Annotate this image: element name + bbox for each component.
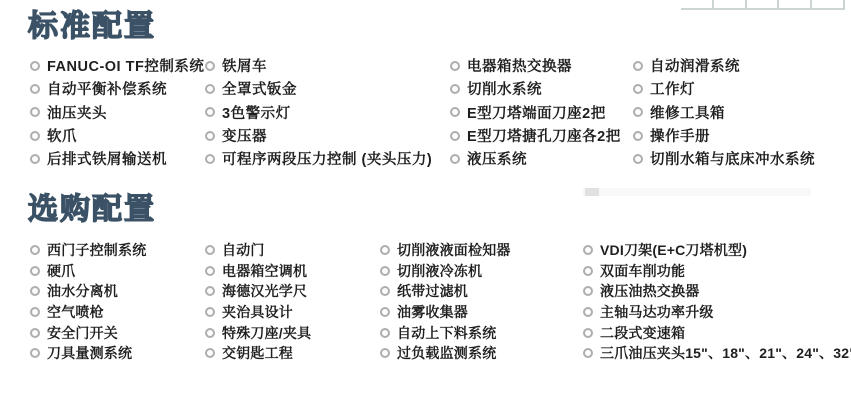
config-item-label: 电器箱空调机 <box>222 261 307 281</box>
table-cell-fragment <box>745 0 778 8</box>
ring-circle-bullet-icon <box>30 266 40 276</box>
config-item-label: FANUC-OI TF控制系统 <box>47 55 204 76</box>
config-item-label: 切削液液面检知器 <box>397 240 511 260</box>
ring-circle-bullet-icon <box>30 107 40 117</box>
config-item-label: 特殊刀座/夹具 <box>222 323 311 343</box>
config-item-label: 自动平衡补偿系统 <box>47 78 167 99</box>
config-item: 可程序两段压力控制 (夹头压力) <box>205 147 432 170</box>
optional-config-column-1: 西门子控制系统硬爪油水分离机空气喷枪安全门开关刀具量测系统 <box>30 240 146 364</box>
config-item-label: 全罩式钣金 <box>222 78 297 99</box>
table-cell-fragment <box>681 0 712 8</box>
config-item: 操作手册 <box>633 124 815 147</box>
config-item-label: 液压油热交换器 <box>600 281 699 301</box>
config-item: 后排式铁屑输送机 <box>30 147 204 170</box>
config-item: 3色警示灯 <box>205 101 432 124</box>
config-item-label: 油压夹头 <box>47 102 107 123</box>
standard-config-column-4: 自动润滑系统工作灯维修工具箱操作手册切削水箱与底床冲水系统 <box>633 54 815 170</box>
ring-circle-bullet-icon <box>205 131 215 141</box>
config-item: 自动上下料系统 <box>380 322 511 343</box>
ring-circle-bullet-icon <box>380 328 390 338</box>
config-item-label: 海德汉光学尺 <box>222 281 307 301</box>
ring-circle-bullet-icon <box>583 245 593 255</box>
config-item: 主轴马达功率升级 <box>583 302 851 323</box>
ring-circle-bullet-icon <box>583 286 593 296</box>
config-item: 过负载监测系统 <box>380 343 511 364</box>
optional-config-column-3: 切削液液面检知器切削液冷冻机纸带过滤机油雾收集器自动上下料系统过负载监测系统 <box>380 240 511 364</box>
config-item-label: 纸带过滤机 <box>397 281 468 301</box>
config-item: 海德汉光学尺 <box>205 281 311 302</box>
table-cell-fragment <box>777 0 810 8</box>
config-item-label: 双面车削功能 <box>600 261 685 281</box>
ring-circle-bullet-icon <box>30 245 40 255</box>
optional-config-column-4: VDI刀架(E+C刀塔机型)双面车削功能液压油热交换器主轴马达功率升级二段式变速… <box>583 240 851 364</box>
config-item-label: 西门子控制系统 <box>47 240 146 260</box>
config-item-label: 安全门开关 <box>47 323 118 343</box>
config-item: 安全门开关 <box>30 322 146 343</box>
config-item: 刀具量测系统 <box>30 343 146 364</box>
config-item: 二段式变速箱 <box>583 322 851 343</box>
config-item: 电器箱热交换器 <box>450 54 621 77</box>
config-item: 西门子控制系统 <box>30 240 146 261</box>
config-item: 特殊刀座/夹具 <box>205 322 311 343</box>
spec-sheet-page: 标准配置 FANUC-OI TF控制系统自动平衡补偿系统油压夹头软爪后排式铁屑输… <box>0 0 851 394</box>
faint-watermark-artifact <box>583 188 811 196</box>
config-item-label: 工作灯 <box>650 78 695 99</box>
table-cell-fragment <box>712 0 745 8</box>
config-item: E型刀塔搪孔刀座各2把 <box>450 124 621 147</box>
ring-circle-bullet-icon <box>30 286 40 296</box>
config-item: 油压夹头 <box>30 101 204 124</box>
table-cell-fragment <box>810 0 843 8</box>
ring-circle-bullet-icon <box>380 286 390 296</box>
ring-circle-bullet-icon <box>205 307 215 317</box>
config-item: 切削液液面检知器 <box>380 240 511 261</box>
config-item: 工作灯 <box>633 77 815 100</box>
config-item-label: 油水分离机 <box>47 281 118 301</box>
config-item: 油水分离机 <box>30 281 146 302</box>
ring-circle-bullet-icon <box>583 266 593 276</box>
config-item-label: 操作手册 <box>650 125 710 146</box>
ring-circle-bullet-icon <box>450 154 460 164</box>
ring-circle-bullet-icon <box>205 245 215 255</box>
config-item-label: 液压系统 <box>467 148 527 169</box>
ring-circle-bullet-icon <box>583 348 593 358</box>
config-item-label: 交钥匙工程 <box>222 343 293 363</box>
config-item-label: 油雾收集器 <box>397 302 468 322</box>
ring-circle-bullet-icon <box>205 266 215 276</box>
ring-circle-bullet-icon <box>30 84 40 94</box>
ring-circle-bullet-icon <box>380 307 390 317</box>
config-item: VDI刀架(E+C刀塔机型) <box>583 240 851 261</box>
config-item: 全罩式钣金 <box>205 77 432 100</box>
config-item-label: 维修工具箱 <box>650 102 725 123</box>
config-item-label: 切削液冷冻机 <box>397 261 482 281</box>
config-item: 交钥匙工程 <box>205 343 311 364</box>
ring-circle-bullet-icon <box>450 131 460 141</box>
config-item: 液压油热交换器 <box>583 281 851 302</box>
standard-config-title: 标准配置 <box>28 10 156 43</box>
ring-circle-bullet-icon <box>450 107 460 117</box>
ring-circle-bullet-icon <box>205 348 215 358</box>
config-item: 切削水系统 <box>450 77 621 100</box>
config-item-label: 可程序两段压力控制 (夹头压力) <box>222 148 432 169</box>
ring-circle-bullet-icon <box>633 61 643 71</box>
ring-circle-bullet-icon <box>450 84 460 94</box>
config-item-label: 夹治具设计 <box>222 302 293 322</box>
standard-config-column-3: 电器箱热交换器切削水系统E型刀塔端面刀座2把E型刀塔搪孔刀座各2把液压系统 <box>450 54 621 170</box>
config-item: 自动平衡补偿系统 <box>30 77 204 100</box>
config-item: 油雾收集器 <box>380 302 511 323</box>
config-item: 硬爪 <box>30 261 146 282</box>
optional-config-title: 选购配置 <box>28 193 156 226</box>
ring-circle-bullet-icon <box>30 61 40 71</box>
config-item: 维修工具箱 <box>633 101 815 124</box>
config-item-label: 软爪 <box>47 125 77 146</box>
config-item: 软爪 <box>30 124 204 147</box>
config-item-label: 铁屑车 <box>222 55 267 76</box>
ring-circle-bullet-icon <box>583 328 593 338</box>
config-item-label: 空气喷枪 <box>47 302 104 322</box>
config-item-label: 电器箱热交换器 <box>467 55 572 76</box>
config-item-label: 刀具量测系统 <box>47 343 132 363</box>
ring-circle-bullet-icon <box>205 84 215 94</box>
ring-circle-bullet-icon <box>583 307 593 317</box>
ring-circle-bullet-icon <box>205 328 215 338</box>
ring-circle-bullet-icon <box>380 266 390 276</box>
config-item-label: E型刀塔搪孔刀座各2把 <box>467 125 621 146</box>
config-item-label: E型刀塔端面刀座2把 <box>467 102 606 123</box>
config-item-label: 自动润滑系统 <box>650 55 740 76</box>
config-item: 电器箱空调机 <box>205 261 311 282</box>
config-item: 自动润滑系统 <box>633 54 815 77</box>
ring-circle-bullet-icon <box>30 348 40 358</box>
ring-circle-bullet-icon <box>380 348 390 358</box>
config-item-label: 主轴马达功率升级 <box>600 302 714 322</box>
config-item: 纸带过滤机 <box>380 281 511 302</box>
config-item-label: 变压器 <box>222 125 267 146</box>
config-item: 空气喷枪 <box>30 302 146 323</box>
ring-circle-bullet-icon <box>205 286 215 296</box>
config-item-label: 自动上下料系统 <box>397 323 496 343</box>
ring-circle-bullet-icon <box>205 107 215 117</box>
config-item: FANUC-OI TF控制系统 <box>30 54 204 77</box>
ring-circle-bullet-icon <box>30 307 40 317</box>
ring-circle-bullet-icon <box>30 328 40 338</box>
config-item-label: 3色警示灯 <box>222 102 291 123</box>
config-item: 铁屑车 <box>205 54 432 77</box>
config-item: 三爪油压夹头15"、18"、21"、24"、32" <box>583 343 851 364</box>
ring-circle-bullet-icon <box>633 107 643 117</box>
config-item: 夹治具设计 <box>205 302 311 323</box>
ring-circle-bullet-icon <box>380 245 390 255</box>
config-item-label: 过负载监测系统 <box>397 343 496 363</box>
config-item: 双面车削功能 <box>583 261 851 282</box>
cropped-table-border-fragment <box>681 0 845 10</box>
config-item-label: 后排式铁屑输送机 <box>47 148 167 169</box>
ring-circle-bullet-icon <box>633 154 643 164</box>
standard-config-column-2: 铁屑车全罩式钣金3色警示灯变压器可程序两段压力控制 (夹头压力) <box>205 54 432 170</box>
standard-config-column-1: FANUC-OI TF控制系统自动平衡补偿系统油压夹头软爪后排式铁屑输送机 <box>30 54 204 170</box>
optional-config-column-2: 自动门电器箱空调机海德汉光学尺夹治具设计特殊刀座/夹具交钥匙工程 <box>205 240 311 364</box>
config-item-label: 硬爪 <box>47 261 75 281</box>
config-item: 变压器 <box>205 124 432 147</box>
config-item-label: 三爪油压夹头15"、18"、21"、24"、32" <box>600 343 851 363</box>
config-item-label: 自动门 <box>222 240 265 260</box>
config-item-label: VDI刀架(E+C刀塔机型) <box>600 240 747 260</box>
config-item: E型刀塔端面刀座2把 <box>450 101 621 124</box>
config-item: 自动门 <box>205 240 311 261</box>
ring-circle-bullet-icon <box>205 61 215 71</box>
ring-circle-bullet-icon <box>633 84 643 94</box>
config-item-label: 二段式变速箱 <box>600 323 685 343</box>
ring-circle-bullet-icon <box>30 131 40 141</box>
ring-circle-bullet-icon <box>450 61 460 71</box>
config-item: 切削水箱与底床冲水系统 <box>633 147 815 170</box>
config-item: 液压系统 <box>450 147 621 170</box>
config-item-label: 切削水系统 <box>467 78 542 99</box>
config-item: 切削液冷冻机 <box>380 261 511 282</box>
ring-circle-bullet-icon <box>30 154 40 164</box>
ring-circle-bullet-icon <box>205 154 215 164</box>
config-item-label: 切削水箱与底床冲水系统 <box>650 148 815 169</box>
ring-circle-bullet-icon <box>633 131 643 141</box>
